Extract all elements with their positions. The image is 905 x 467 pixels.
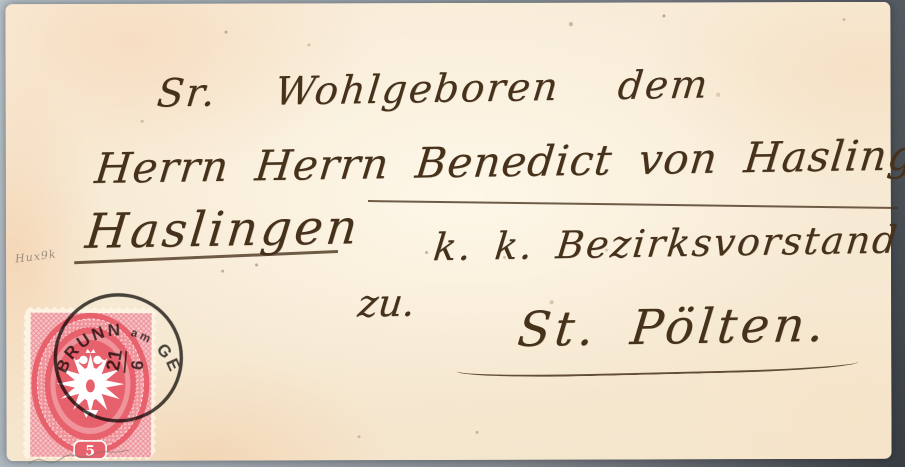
foxing-spots xyxy=(5,4,6,5)
postmark-town-mid: am xyxy=(129,327,154,347)
pencil-annotation: Hux9k xyxy=(14,248,57,266)
address-salutation: Sr. Wohlgeboren dem xyxy=(155,62,712,116)
postmark: BRUNN am GEB. 21 6 xyxy=(32,272,204,444)
address-preposition: zu. xyxy=(356,281,417,326)
postmark-date-day: 21 xyxy=(103,348,127,373)
envelope: Sr. Wohlgeboren dem Herrn Herrn Benedict… xyxy=(5,2,891,461)
postmark-date: 21 6 xyxy=(103,348,149,377)
address-destination-city: St. Pölten. xyxy=(515,297,831,358)
postmark-date-month: 6 xyxy=(127,359,147,372)
underline-recipient-name xyxy=(368,200,898,209)
pencil-scribble xyxy=(25,450,175,467)
address-recipient-title: k. k. Bezirksvorstand xyxy=(431,218,901,270)
address-recipient-name: Herrn Herrn Benedict von Haslinger xyxy=(93,130,905,193)
scanner-background: Sr. Wohlgeboren dem Herrn Herrn Benedict… xyxy=(0,0,905,467)
